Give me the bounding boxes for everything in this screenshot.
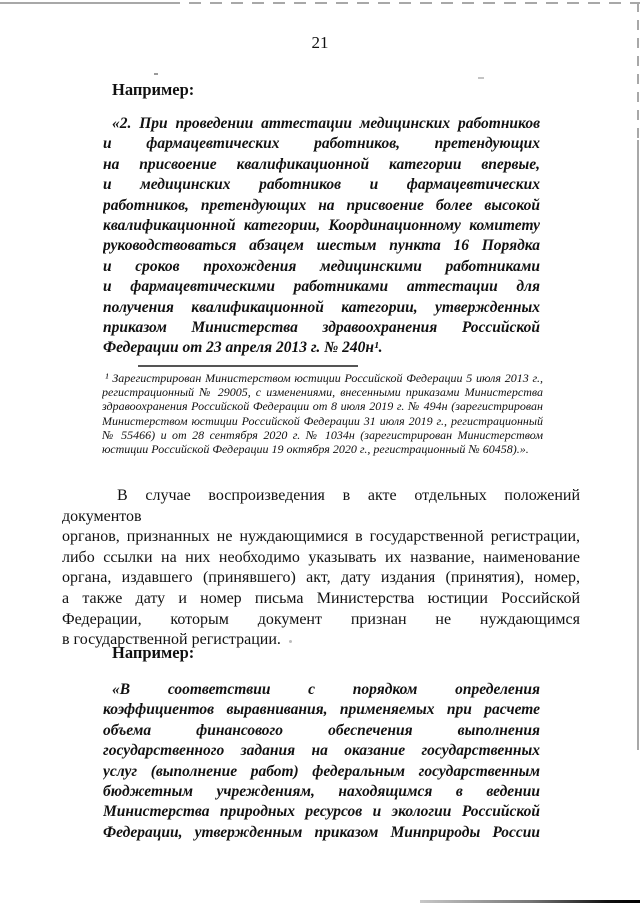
page-border-bottom (420, 900, 640, 903)
quote2-line: коэффициентов выравнивания, применяемых … (103, 700, 540, 720)
page-border-top-solid (0, 2, 168, 4)
quote1-line: и фармацевтических работников, претендую… (103, 134, 540, 154)
paragraph-line: В случае воспроизведения в акте отдельны… (62, 486, 580, 527)
quote2-line: Федерации, утвержденным приказом Минприр… (103, 823, 540, 843)
quote1-line: руководствоваться абзацем шестым пункта … (103, 236, 540, 256)
footnote-line: юстиции Российской Федерации 19 октября … (102, 442, 543, 456)
quote2-line: «В соответствии с порядком определения (103, 680, 540, 700)
footnote-separator (138, 365, 358, 367)
quote2-line: государственного задания на оказание гос… (103, 741, 540, 761)
paragraph-line: Федерации, которым документ признан не н… (62, 610, 580, 631)
page-border-top-dashed (168, 2, 640, 4)
quote1-line: и фармацевтическими работниками аттестац… (103, 277, 540, 297)
quote2-line: услуг (выполнение работ) федеральным гос… (103, 762, 540, 782)
quote-block-2: «В соответствии с порядком определения к… (103, 680, 540, 843)
quote1-line: квалификационной категории, Координацион… (103, 216, 540, 236)
quote2-line: объема финансового обеспечения выполнени… (103, 721, 540, 741)
example-label-2: Например: (112, 643, 194, 663)
quote1-line: работников, претендующих на присвоение б… (103, 196, 540, 216)
quote1-line: на присвоение квалификационной категории… (103, 155, 540, 175)
footnote-line: Министерством юстиции Российской Федерац… (102, 414, 543, 428)
page-border-right-solid (637, 140, 639, 750)
quote1-line: «2. При проведении аттестации медицински… (103, 114, 540, 134)
page-number: 21 (0, 33, 640, 53)
quote1-line: получения квалификационной категории, ут… (103, 298, 540, 318)
example-label-1: Например: (112, 80, 194, 100)
quote1-line: Федерации от 23 апреля 2013 г. № 240н¹. (103, 338, 540, 358)
quote2-line: бюджетным учреждениям, находящимся в вед… (103, 782, 540, 802)
paragraph-line: а также дату и номер письма Министерства… (62, 589, 580, 610)
scan-speck (154, 73, 158, 75)
paragraph-line: органа, издавшего (принявшего) акт, дату… (62, 568, 580, 589)
quote1-line: и медицинских работников и фармацевтичес… (103, 175, 540, 195)
document-page: 21 Например: «2. При проведении аттестац… (0, 0, 640, 905)
footnote-line: № 55466) и от 28 сентября 2020 г. № 1034… (102, 428, 543, 442)
paragraph-line: органов, признанных не нуждающимися в го… (62, 527, 580, 548)
footnote: ¹ Зарегистрирован Министерством юстиции … (102, 371, 543, 456)
paragraph-line: либо ссылки на них необходимо указывать … (62, 548, 580, 569)
body-paragraph: В случае воспроизведения в акте отдельны… (62, 486, 580, 651)
footnote-line: ¹ Зарегистрирован Министерством юстиции … (102, 371, 543, 385)
page-border-right-dashed (637, 2, 639, 140)
footnote-line: регистрационный № 29005, с изменениями, … (102, 385, 543, 399)
quote1-line: и сроков прохождения медицинскими работн… (103, 257, 540, 277)
quote-block-1: «2. При проведении аттестации медицински… (103, 114, 540, 359)
footnote-line: здравоохранения Российской Федерации от … (102, 399, 543, 413)
quote1-line: приказом Министерства здравоохранения Ро… (103, 318, 540, 338)
quote2-line: Министерства природных ресурсов и эколог… (103, 802, 540, 822)
scan-speck (478, 77, 484, 79)
